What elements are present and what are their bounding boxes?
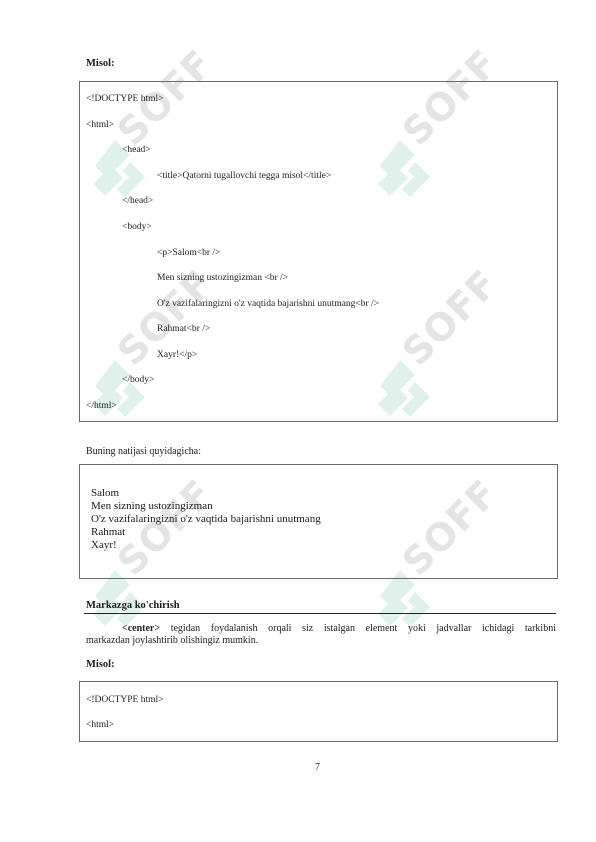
code-line: <!DOCTYPE html> — [86, 94, 163, 104]
section-divider — [84, 613, 556, 614]
result-line: Rahmat — [91, 526, 125, 539]
code-line: </head> — [122, 196, 153, 206]
page-number: 7 — [315, 762, 320, 773]
code-block: <!DOCTYPE html> <html> — [79, 681, 558, 742]
code-block: <!DOCTYPE html> <html> <head> <title>Qat… — [79, 81, 558, 422]
example-label: Misol: — [86, 58, 115, 69]
result-line: Salom — [91, 487, 119, 500]
code-line: <html> — [86, 720, 114, 730]
code-line: <!DOCTYPE html> — [86, 695, 163, 705]
code-line: <html> — [86, 120, 114, 130]
code-line: <p>Salom<br /> — [157, 248, 220, 258]
result-intro: Buning natijasi quyidagicha: — [86, 446, 201, 457]
code-line: Men sizning ustozingizman <br /> — [157, 273, 288, 283]
result-line: O'z vazifalaringizni o'z vaqtida bajaris… — [91, 513, 321, 526]
code-line: </body> — [122, 375, 154, 385]
code-line: Rahmat<br /> — [157, 324, 210, 334]
code-line: <head> — [122, 145, 151, 155]
result-box: Salom Men sizning ustozingizman O'z vazi… — [79, 464, 558, 579]
result-line: Xayr! — [91, 539, 117, 552]
code-line: <body> — [122, 222, 152, 232]
code-line: O'z vazifalaringizni o'z vaqtida bajaris… — [157, 299, 379, 309]
center-tag: <center> — [122, 623, 160, 634]
code-line: <title>Qatorni tugallovchi tegga misol</… — [157, 171, 331, 181]
section-paragraph: <center> tegidan foydalanish orqali siz … — [86, 623, 556, 647]
result-line: Men sizning ustozingizman — [91, 500, 213, 513]
section-heading: Markazga ko'chirish — [86, 600, 180, 611]
example-label: Misol: — [86, 659, 115, 670]
code-line: Xayr!</p> — [157, 350, 197, 360]
code-line: </html> — [86, 401, 117, 411]
